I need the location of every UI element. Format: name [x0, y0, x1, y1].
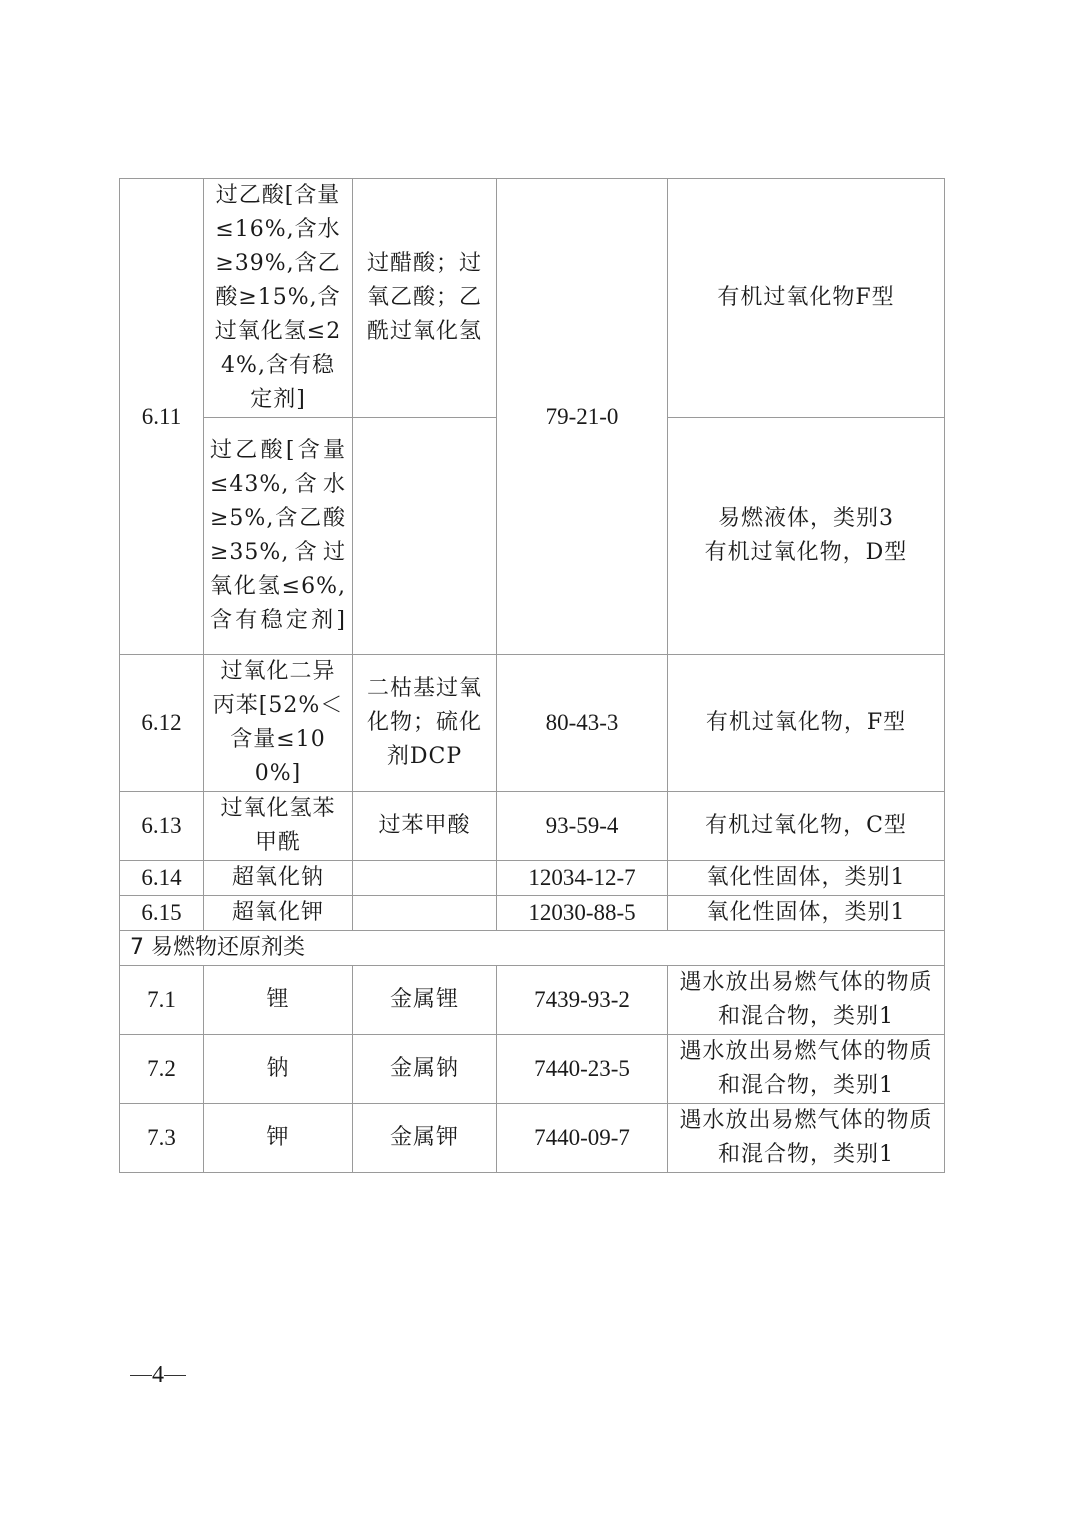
- chemical-name: 钠: [204, 1035, 353, 1104]
- hazard-class: 遇水放出易燃气体的物质和混合物，类别1: [668, 1035, 945, 1104]
- chemical-name: 超氧化钾: [204, 896, 353, 931]
- hazard-class: 遇水放出易燃气体的物质和混合物，类别1: [668, 966, 945, 1035]
- chemical-alias: [353, 418, 497, 655]
- table-row-7-1: 7.1 锂 金属锂 7439-93-2 遇水放出易燃气体的物质和混合物，类别1: [120, 966, 945, 1035]
- chemical-alias: [353, 861, 497, 896]
- chemical-alias: [353, 896, 497, 931]
- table-row-6-12: 6.12 过氧化二异丙苯[52%＜含量≤100%] 二枯基过氧化物；硫化剂DCP…: [120, 655, 945, 792]
- row-id: 6.14: [120, 861, 204, 896]
- table-row-6-13: 6.13 过氧化氢苯甲酰 过苯甲酸 93-59-4 有机过氧化物，C型: [120, 792, 945, 861]
- section-header-row: 7 易燃物还原剂类: [120, 931, 945, 966]
- hazard-class: 易燃液体，类别3 有机过氧化物，D型: [668, 418, 945, 655]
- hazard-line-2: 有机过氧化物，D型: [674, 536, 938, 570]
- chemical-name: 锂: [204, 966, 353, 1035]
- chemical-name: 钾: [204, 1104, 353, 1173]
- page-footer: 4: [130, 1362, 186, 1389]
- table-row-6-11a: 6.11 过乙酸[含量≤16%,含水≥39%,含乙酸≥15%,含过氧化氢≤24%…: [120, 179, 945, 418]
- page-number: 4: [152, 1362, 164, 1389]
- chemical-alias: 金属锂: [353, 966, 497, 1035]
- chemical-name: 超氧化钠: [204, 861, 353, 896]
- hazard-class: 有机过氧化物F型: [668, 179, 945, 418]
- footer-dash-right: [164, 1375, 186, 1377]
- hazard-line-1: 易燃液体，类别3: [674, 502, 938, 536]
- chemical-alias: 二枯基过氧化物；硫化剂DCP: [353, 655, 497, 792]
- row-id: 6.15: [120, 896, 204, 931]
- row-id: 6.11: [120, 179, 204, 655]
- footer-dash-left: [130, 1375, 152, 1377]
- hazard-class: 氧化性固体，类别1: [668, 861, 945, 896]
- chemical-alias: 过醋酸；过氧乙酸；乙酰过氧化氢: [353, 179, 497, 418]
- chemical-alias: 金属钾: [353, 1104, 497, 1173]
- cas-number: 7440-23-5: [497, 1035, 668, 1104]
- cas-number: 79-21-0: [497, 179, 668, 655]
- hazard-class: 遇水放出易燃气体的物质和混合物，类别1: [668, 1104, 945, 1173]
- chemical-name: 过氧化氢苯甲酰: [204, 792, 353, 861]
- hazard-class: 有机过氧化物，C型: [668, 792, 945, 861]
- chemical-name: 过氧化二异丙苯[52%＜含量≤100%]: [204, 655, 353, 792]
- chemical-name: 过乙酸[含量≤16%,含水≥39%,含乙酸≥15%,含过氧化氢≤24%,含有稳定…: [204, 179, 353, 418]
- hazard-class: 氧化性固体，类别1: [668, 896, 945, 931]
- cas-number: 7439-93-2: [497, 966, 668, 1035]
- row-id: 6.13: [120, 792, 204, 861]
- cas-number: 93-59-4: [497, 792, 668, 861]
- cas-number: 12034-12-7: [497, 861, 668, 896]
- chemical-alias: 金属钠: [353, 1035, 497, 1104]
- cas-number: 12030-88-5: [497, 896, 668, 931]
- cas-number: 80-43-3: [497, 655, 668, 792]
- row-id: 7.3: [120, 1104, 204, 1173]
- cas-number: 7440-09-7: [497, 1104, 668, 1173]
- row-id: 6.12: [120, 655, 204, 792]
- row-id: 7.2: [120, 1035, 204, 1104]
- table-row-6-14: 6.14 超氧化钠 12034-12-7 氧化性固体，类别1: [120, 861, 945, 896]
- table-row-7-2: 7.2 钠 金属钠 7440-23-5 遇水放出易燃气体的物质和混合物，类别1: [120, 1035, 945, 1104]
- hazard-class: 有机过氧化物，F型: [668, 655, 945, 792]
- chemical-alias: 过苯甲酸: [353, 792, 497, 861]
- section-title: 7 易燃物还原剂类: [120, 931, 945, 966]
- table-row-7-3: 7.3 钾 金属钾 7440-09-7 遇水放出易燃气体的物质和混合物，类别1: [120, 1104, 945, 1173]
- hazardous-chemicals-table: 6.11 过乙酸[含量≤16%,含水≥39%,含乙酸≥15%,含过氧化氢≤24%…: [119, 178, 945, 1173]
- table-row-6-15: 6.15 超氧化钾 12030-88-5 氧化性固体，类别1: [120, 896, 945, 931]
- row-id: 7.1: [120, 966, 204, 1035]
- chemical-name: 过乙酸[含量≤43%,含水≥5%,含乙酸≥35%,含过氧化氢≤6%,含有稳定剂]: [204, 418, 353, 655]
